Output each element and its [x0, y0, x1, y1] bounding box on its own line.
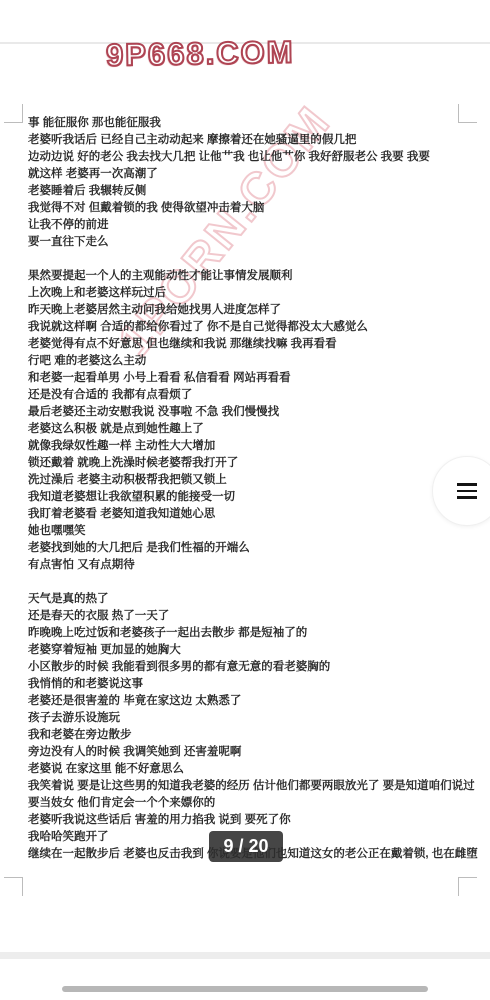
- page-indicator-badge: 9 / 20: [209, 831, 283, 862]
- text-line: 边动边说 好的老公 我去找大几把 让他艹我 也让他艹你 我好舒服老公 我要 我要: [28, 149, 468, 166]
- text-line: [28, 574, 468, 591]
- text-line: 老婆听我话后 已经自己主动动起来 摩擦着还在她骚逼里的假几把: [28, 132, 468, 149]
- text-line: 天气是真的热了: [28, 591, 468, 608]
- text-line: 果然要提起一个人的主观能动性才能让事情发展顺利: [28, 268, 468, 285]
- text-line: 还是春天的衣服 热了一天了: [28, 608, 468, 625]
- hamburger-menu-icon: [457, 483, 477, 499]
- text-line: 事 能征服你 那也能征服我: [28, 115, 468, 132]
- text-line: 老婆睡着后 我辗转反侧: [28, 183, 468, 200]
- text-line: 老婆还是很害羞的 毕竟在家这边 太熟悉了: [28, 693, 468, 710]
- text-line: 我悄悄的和老婆说这事: [28, 676, 468, 693]
- text-line: 和老婆一起看单男 小号上看看 私信看看 网站再看看: [28, 370, 468, 387]
- text-boundary-corner-bottom-left: [4, 877, 23, 896]
- text-line: 老婆说 在家这里 能不好意思么: [28, 761, 468, 778]
- text-line: 老婆这么积极 就是点到她性趣上了: [28, 421, 468, 438]
- text-line: 老婆穿着短袖 更加显的她胸大: [28, 642, 468, 659]
- text-line: [28, 251, 468, 268]
- text-line: 老婆觉得有点不好意思 但也继续和我说 那继续找嘛 我再看看: [28, 336, 468, 353]
- text-line: 就这样 老婆再一次高潮了: [28, 166, 468, 183]
- text-line: 就像我绿奴性趣一样 主动性大大增加: [28, 438, 468, 455]
- text-line: 要一直往下走么: [28, 234, 468, 251]
- text-line: 老婆找到她的大几把后 是我们性福的开端么: [28, 540, 468, 557]
- text-line: 洗过澡后 老婆主动积极帮我把锁又锁上: [28, 472, 468, 489]
- text-line: 要当妓女 他们肯定会一个个来嫖你的: [28, 795, 468, 812]
- text-line: 我说就这样啊 合适的都给你看过了 你不是自己觉得都没太大感觉么: [28, 319, 468, 336]
- text-line: 上次晚上和老婆这样玩过后: [28, 285, 468, 302]
- text-line: 我盯着老婆看 老婆知道我知道她心思: [28, 506, 468, 523]
- bottom-gesture-bar[interactable]: [62, 986, 428, 992]
- text-line: 昨晚晚上吃过饭和老婆孩子一起出去散步 都是短袖了的: [28, 625, 468, 642]
- document-page-text: 事 能征服你 那也能征服我老婆听我话后 已经自己主动动起来 摩擦着还在她骚逼里的…: [28, 115, 468, 863]
- text-line: 我笑着说 要是让这些男的知道我老婆的经历 估计他们都要两眼放光了 要是知道咱们说…: [28, 778, 468, 795]
- text-line: 行吧 难的老婆这么主动: [28, 353, 468, 370]
- text-boundary-corner-bottom-right: [458, 877, 477, 896]
- text-line: 还是没有合适的 我都有点看烦了: [28, 387, 468, 404]
- text-line: 锁还戴着 就晚上洗澡时候老婆帮我打开了: [28, 455, 468, 472]
- text-line: 昨天晚上老婆居然主动问我给她找男人进度怎样了: [28, 302, 468, 319]
- text-line: 我觉得不对 但戴着锁的我 使得欲望冲击着大脑: [28, 200, 468, 217]
- text-line: 旁边没有人的时候 我调笑她到 还害羞呢啊: [28, 744, 468, 761]
- text-line: 孩子去游乐设施玩: [28, 710, 468, 727]
- text-line: 最后老婆还主动安慰我说 没事啦 不急 我们慢慢找: [28, 404, 468, 421]
- text-line: 她也嘿嘿笑: [28, 523, 468, 540]
- text-line: 让我不停的前进: [28, 217, 468, 234]
- text-line: 有点害怕 又有点期待: [28, 557, 468, 574]
- text-line: 老婆听我说这些话后 害羞的用力掐我 说到 要死了你: [28, 812, 468, 829]
- site-logo: 9P668.COM: [106, 34, 295, 73]
- text-boundary-corner-top-left: [4, 104, 23, 123]
- text-line: 我和老婆在旁边散步: [28, 727, 468, 744]
- text-line: 小区散步的时候 我能看到很多男的都有意无意的看老婆胸的: [28, 659, 468, 676]
- text-line: 我知道老婆想让我欲望积累的能接受一切: [28, 489, 468, 506]
- bottom-divider-band: [0, 952, 490, 959]
